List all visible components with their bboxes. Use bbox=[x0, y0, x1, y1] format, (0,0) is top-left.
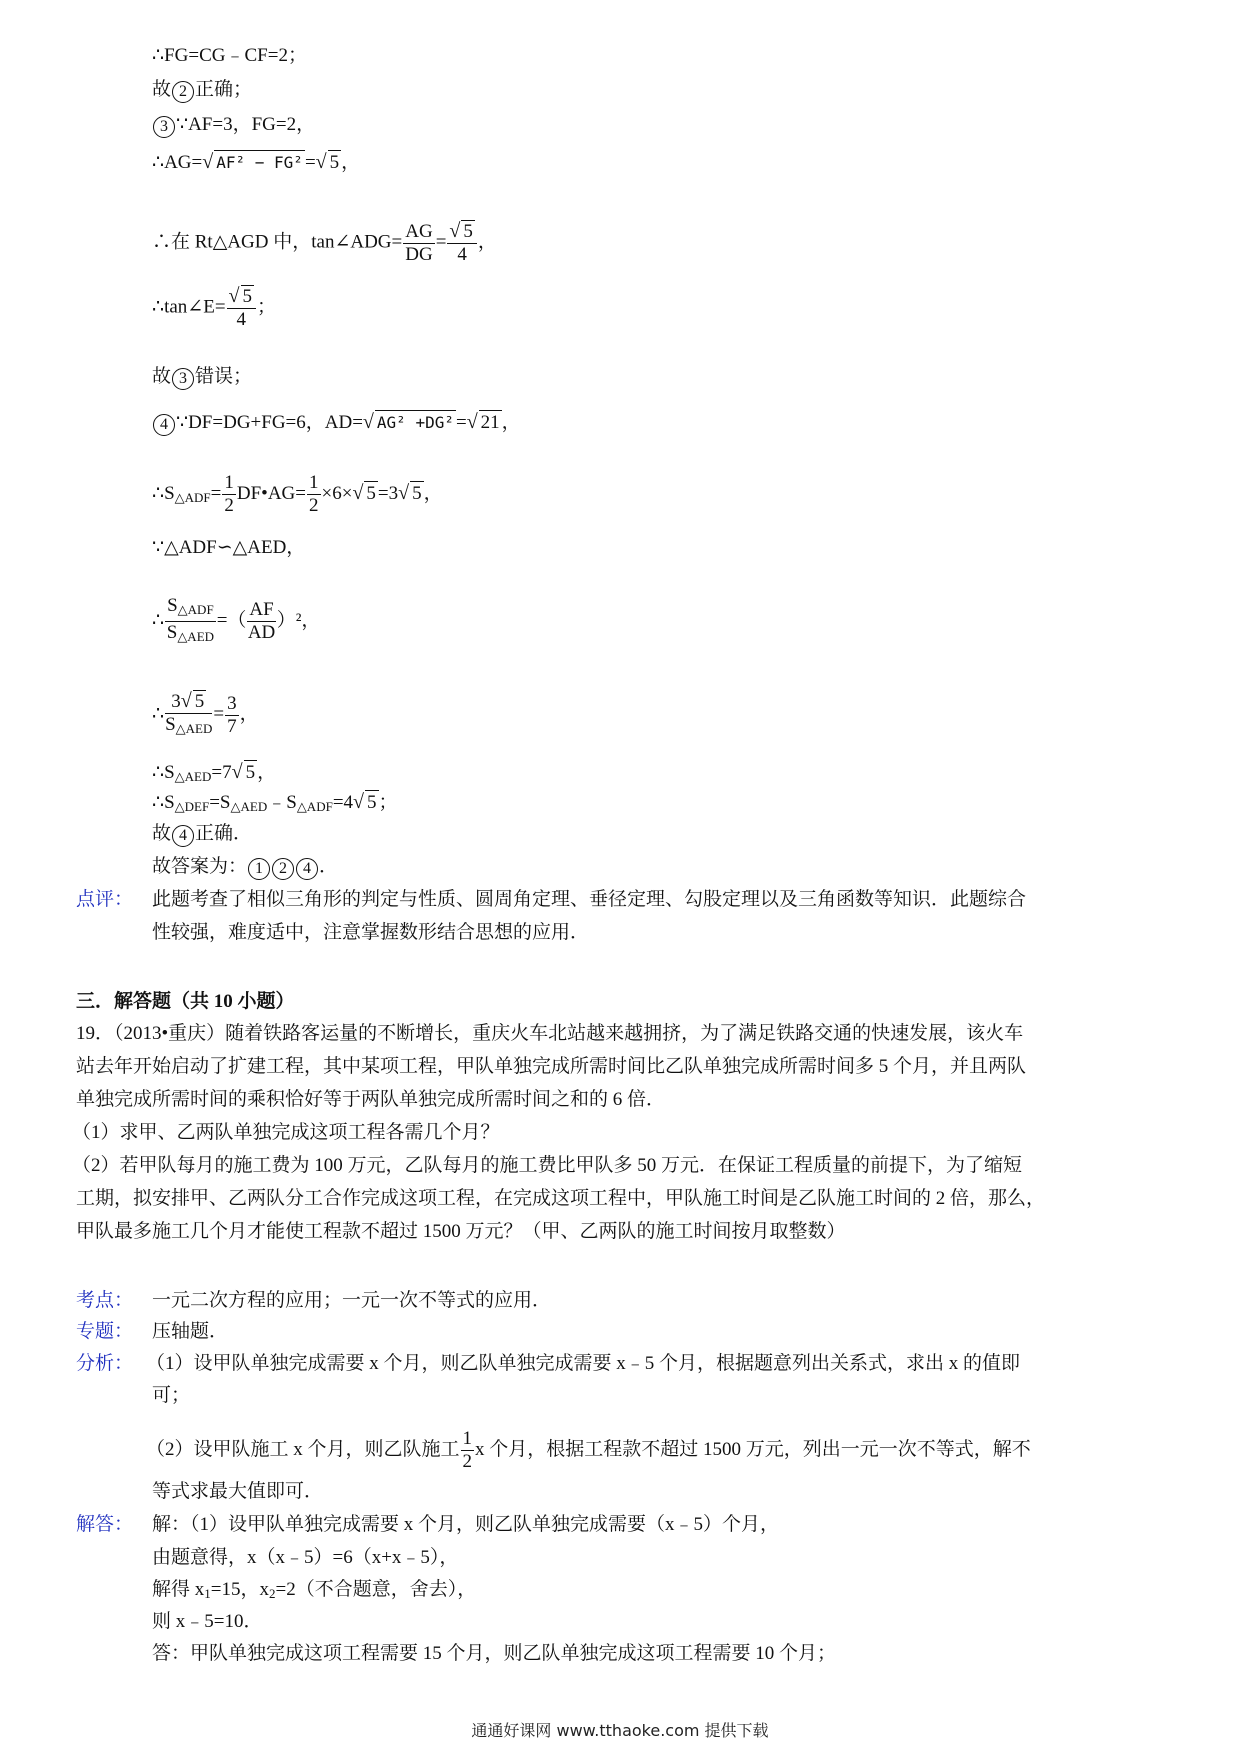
circled-number: 2 bbox=[272, 858, 294, 880]
question-text: 19．（2013•重庆）随着铁路客运量的不断增长，重庆火车北站越来越拥挤，为了满… bbox=[76, 1022, 1023, 1046]
review-text: 性较强，难度适中，注意掌握数形结合思想的应用． bbox=[152, 921, 589, 945]
circled-number: 4 bbox=[296, 858, 318, 880]
page-footer: 通通好课网 www.tthaoke.com 提供下载 bbox=[0, 1718, 1240, 1741]
fenxi-text: 可； bbox=[152, 1384, 190, 1408]
fenxi-label: 分析： bbox=[76, 1352, 133, 1376]
jieda-text: 解得 x1=15，x2=2（不合题意，舍去）， bbox=[152, 1578, 476, 1606]
jieda-text: 解：（1）设甲队单独完成需要 x 个月，则乙队单独完成需要（x﹣5）个月， bbox=[152, 1513, 779, 1537]
formula-s-adf: ∴S△ADF=12DF•AG=12×6×√5=3√5， bbox=[152, 472, 443, 517]
solution-line: 故4正确． bbox=[152, 822, 252, 847]
kaodian-label: 考点： bbox=[76, 1289, 133, 1313]
formula-s-def: ∴S△DEF=S△AED﹣S△ADF=4√5； bbox=[152, 790, 398, 819]
jieda-text: 由题意得，x（x﹣5）=6（x+x﹣5）， bbox=[152, 1546, 458, 1570]
section-title: 三．解答题（共 10 小题） bbox=[76, 990, 295, 1014]
formula-area-ratio-values: ∴3√5S△AED=37， bbox=[152, 690, 259, 740]
solution-line: 故3错误； bbox=[152, 365, 252, 390]
jieda-label: 解答： bbox=[76, 1513, 133, 1537]
question-text: 工期，拟安排甲、乙两队分工合作完成这项工程，在完成这项工程中，甲队施工时间是乙队… bbox=[76, 1187, 1045, 1211]
zhuanti-label: 专题： bbox=[76, 1320, 133, 1344]
circled-number: 3 bbox=[153, 116, 175, 138]
fenxi-text: 等式求最大值即可． bbox=[152, 1480, 323, 1504]
solution-line: ∵△ADF∽△AED， bbox=[152, 536, 305, 560]
formula-area-ratio: ∴S△ADFS△AED=（AFAD）²， bbox=[152, 595, 320, 648]
review-label: 点评： bbox=[76, 888, 133, 912]
formula-ag: ∴AG=√AF² − FG²=√5， bbox=[152, 150, 360, 175]
solution-line: 3∵AF=3，FG=2， bbox=[152, 113, 315, 138]
solution-line: ∴FG=CG﹣CF=2； bbox=[152, 44, 307, 68]
question-text: 甲队最多施工几个月才能使工程款不超过 1500 万元？（甲、乙两队的施工时间按月… bbox=[76, 1220, 846, 1244]
fenxi-text: （2）设甲队施工 x 个月，则乙队施工12x 个月，根据工程款不超过 1500 … bbox=[146, 1428, 1031, 1473]
circled-number: 3 bbox=[172, 368, 194, 390]
zhuanti-text: 压轴题． bbox=[152, 1320, 228, 1344]
final-answer: 故答案为：124． bbox=[152, 855, 338, 880]
circled-number: 1 bbox=[248, 858, 270, 880]
review-text: 此题考查了相似三角形的判定与性质、圆周角定理、垂径定理、勾股定理以及三角函数等知… bbox=[152, 888, 1026, 912]
formula-ad: 4∵DF=DG+FG=6，AD=√AG² +DG²=√21， bbox=[152, 410, 521, 436]
question-part-2: （2）若甲队每月的施工费为 100 万元，乙队每月的施工费比甲队多 50 万元．… bbox=[72, 1154, 1022, 1178]
fenxi-text: （1）设甲队单独完成需要 x 个月，则乙队单独完成需要 x﹣5 个月，根据题意列… bbox=[146, 1352, 1020, 1376]
jieda-text: 答：甲队单独完成这项工程需要 15 个月，则乙队单独完成这项工程需要 10 个月… bbox=[152, 1642, 836, 1666]
circled-number: 4 bbox=[153, 414, 175, 436]
formula-tan-e: ∴tan∠E=√54； bbox=[152, 285, 276, 331]
kaodian-text: 一元二次方程的应用；一元一次不等式的应用． bbox=[152, 1289, 551, 1313]
circled-number: 2 bbox=[172, 81, 194, 103]
question-part-1: （1）求甲、乙两队单独完成这项工程各需几个月？ bbox=[72, 1121, 500, 1145]
jieda-text: 则 x﹣5=10． bbox=[152, 1610, 262, 1634]
solution-line: 故2正确； bbox=[152, 78, 252, 103]
question-text: 单独完成所需时间的乘积恰好等于两队单独完成所需时间之和的 6 倍． bbox=[76, 1088, 665, 1112]
circled-number: 4 bbox=[172, 825, 194, 847]
question-text: 站去年开始启动了扩建工程，其中某项工程，甲队单独完成所需时间比乙队单独完成所需时… bbox=[76, 1055, 1026, 1079]
formula-s-aed: ∴S△AED=7√5， bbox=[152, 760, 276, 789]
formula-tan-adg: ∴在 Rt△AGD 中，tan∠ADG=AGDG=√54， bbox=[152, 220, 497, 266]
